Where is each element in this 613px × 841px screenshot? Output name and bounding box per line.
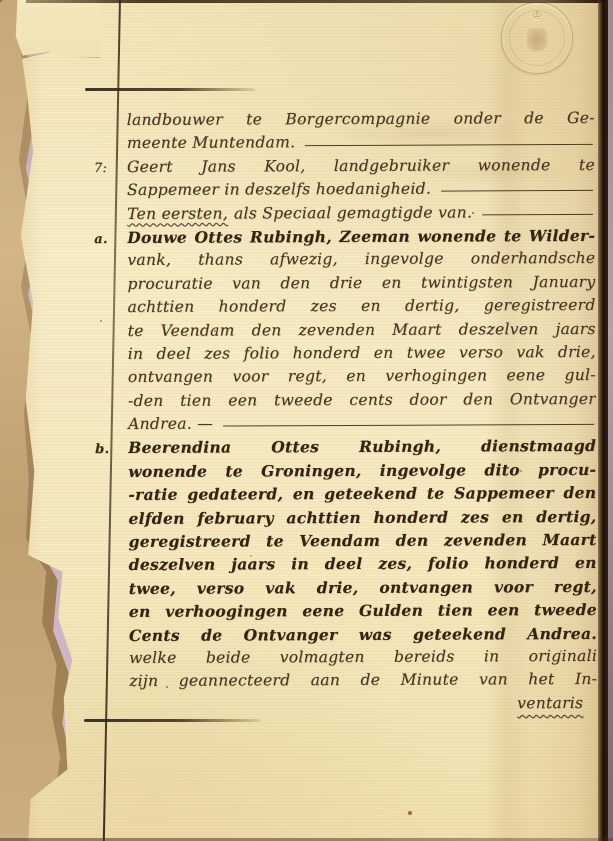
- line-text: elfden february achttien honderd zes en …: [128, 505, 596, 530]
- manuscript-line: en verhoogingen eene Gulden tien een twe…: [96, 598, 597, 624]
- line-text-rest: landbouwer te Borgercompagnie onder de G…: [127, 109, 595, 129]
- line-text-rest: geregistreerd te Veendam den zevenden Ma…: [129, 530, 597, 551]
- line-text: ventaris: [517, 692, 583, 716]
- manuscript-line: ontvangen voor regt, en verhogingen eene…: [95, 364, 596, 390]
- manuscript-line: 7: Geert Jans Kool, landgebruiker wonend…: [94, 154, 595, 180]
- line-text: procuratie van den drie en twintigsten J…: [127, 271, 595, 296]
- line-text: geregistreerd te Veendam den zevenden Ma…: [129, 528, 597, 553]
- embossed-seal-icon: ♔: [501, 2, 573, 74]
- manuscript-line: in deel zes folio honderd en twee verso …: [95, 341, 596, 367]
- line-text-rest: wonende te Groningen, ingevolge dito pro…: [128, 460, 596, 481]
- line-text: zijn geannecteerd aan de Minute van het …: [129, 668, 597, 693]
- trailing-rule: [223, 424, 594, 427]
- line-text: achttien honderd zes en dertig, geregist…: [127, 294, 595, 319]
- trailing-rule: [482, 214, 593, 215]
- margin-label: b.: [95, 438, 128, 462]
- trailing-rule: [305, 143, 593, 145]
- manuscript-line: ventaris: [96, 692, 597, 718]
- manuscript-line: wonende te Groningen, ingevolge dito pro…: [95, 458, 596, 484]
- manuscript-line: -den tien een tweede cents door den Ontv…: [95, 388, 596, 414]
- manuscript-line: procuratie van den drie en twintigsten J…: [94, 271, 595, 297]
- line-text: ontvangen voor regt, en verhogingen eene…: [128, 364, 596, 389]
- manuscript-line: vank, thans afwezig, ingevolge onderhand…: [94, 247, 595, 273]
- scanned-manuscript-photo: ♔ landbouwer te Borgercompagnie onder de…: [0, 0, 613, 841]
- line-text: Andrea. —: [128, 413, 213, 437]
- manuscript-line: landbouwer te Borgercompagnie onder de G…: [94, 107, 595, 133]
- underlined-phrase: Ten eersten,: [127, 204, 228, 222]
- seal-coat-of-arms-icon: [527, 29, 547, 52]
- line-text: Sappemeer in deszelfs hoedanigheid.: [127, 178, 431, 203]
- line-text: landbouwer te Borgercompagnie onder de G…: [127, 107, 595, 132]
- line-text-rest: Geert Jans Kool, landgebruiker wonende t…: [127, 156, 595, 176]
- line-text-rest: elfden february achttien honderd zes en …: [128, 507, 596, 528]
- manuscript-line: twee, verso vak drie, ontvangen voor reg…: [96, 575, 597, 601]
- line-text: Douwe Ottes Rubingh, Zeeman wonende te W…: [127, 224, 595, 249]
- manuscript-line: Sappemeer in deszelfs hoedanigheid.: [94, 177, 595, 203]
- manuscript-line: welke beide volmagten bereids in origina…: [96, 645, 597, 671]
- line-text-rest: ontvangen voor regt, en verhogingen eene…: [128, 366, 596, 386]
- line-text: in deel zes folio honderd en twee verso …: [128, 341, 596, 366]
- line-text-rest: meente Muntendam.: [127, 134, 296, 153]
- line-text-rest: ventaris: [517, 694, 583, 712]
- manuscript-line: achttien honderd zes en dertig, geregist…: [94, 294, 595, 320]
- line-text-rest: als Speciaal gemagtigde van.: [234, 203, 472, 222]
- manuscript-line: b. Beerendina Ottes Rubingh, dienstmaagd: [95, 434, 596, 460]
- photo-right-rim: [608, 0, 613, 841]
- line-text-rest: Beerendina Ottes Rubingh, dienstmaagd: [128, 436, 596, 457]
- line-text-rest: zijn geannecteerd aan de Minute van het …: [129, 670, 597, 690]
- line-text: twee, verso vak drie, ontvangen voor reg…: [129, 575, 597, 600]
- line-text: Geert Jans Kool, landgebruiker wonende t…: [127, 154, 595, 179]
- manuscript-line: deszelven jaars in deel zes, folio honde…: [96, 551, 597, 577]
- line-text: deszelven jaars in deel zes, folio honde…: [129, 551, 597, 576]
- line-text: en verhoogingen eene Gulden tien een twe…: [129, 598, 597, 623]
- line-text-rest: -ratie gedateerd, en geteekend te Sappem…: [128, 483, 596, 504]
- line-text-rest: Douwe Ottes Rubingh, Zeeman wonende te W…: [127, 226, 595, 247]
- line-text-rest: achttien honderd zes en dertig, geregist…: [128, 296, 596, 316]
- line-text-rest: -den tien een tweede cents door den Ontv…: [128, 390, 596, 410]
- manuscript-line: a. Douwe Ottes Rubingh, Zeeman wonende t…: [94, 224, 595, 250]
- line-text: Beerendina Ottes Rubingh, dienstmaagd: [128, 434, 596, 459]
- line-text-rest: te Veendam den zevenden Maart deszelven …: [128, 319, 596, 339]
- line-text-rest: vank, thans afwezig, ingevolge onderhand…: [127, 249, 595, 269]
- manuscript-line: zijn geannecteerd aan de Minute van het …: [96, 668, 597, 694]
- line-text: te Veendam den zevenden Maart deszelven …: [128, 317, 596, 342]
- manuscript-line: -ratie gedateerd, en geteekend te Sappem…: [95, 481, 596, 507]
- manuscript-line: Andrea. —: [95, 411, 596, 437]
- overlapping-corner-sheet: [14, 0, 100, 58]
- line-text-rest: twee, verso vak drie, ontvangen voor reg…: [129, 577, 597, 598]
- line-text: wonende te Groningen, ingevolge dito pro…: [128, 458, 596, 483]
- line-text-rest: Sappemeer in deszelfs hoedanigheid.: [127, 180, 431, 199]
- manuscript-line: Cents de Ontvanger was geteekend Andrea.: [96, 621, 597, 647]
- manuscript-line: te Veendam den zevenden Maart deszelven …: [95, 317, 596, 343]
- photo-top-edge: [26, 0, 613, 3]
- seal-crown-icon: ♔: [502, 10, 572, 21]
- line-text: -ratie gedateerd, en geteekend te Sappem…: [128, 481, 596, 506]
- header-rule-horizontal: [85, 88, 255, 91]
- manuscript-line: elfden february achttien honderd zes en …: [95, 505, 596, 531]
- manuscript-text-block: landbouwer te Borgercompagnie onder de G…: [94, 107, 598, 717]
- manuscript-line: geregistreerd te Veendam den zevenden Ma…: [96, 528, 597, 554]
- manuscript-line: Ten eersten,als Speciaal gemagtigde van.: [94, 200, 595, 226]
- line-text-rest: welke beide volmagten bereids in origina…: [129, 647, 597, 667]
- line-text-rest: en verhoogingen eene Gulden tien een twe…: [129, 600, 597, 621]
- line-text-rest: Andrea. —: [128, 415, 213, 433]
- line-text: meente Muntendam.: [127, 132, 296, 156]
- line-text-rest: procuratie van den drie en twintigsten J…: [127, 273, 595, 293]
- trailing-rule: [441, 190, 593, 192]
- footer-rule-horizontal: [84, 719, 260, 722]
- line-text: Ten eersten,als Speciaal gemagtigde van.: [127, 201, 472, 226]
- line-text: Cents de Ontvanger was geteekend Andrea.: [129, 621, 597, 646]
- line-text-rest: Cents de Ontvanger was geteekend Andrea.: [129, 623, 597, 644]
- margin-label: a.: [94, 228, 127, 252]
- margin-label: 7:: [94, 157, 127, 181]
- line-text-rest: in deel zes folio honderd en twee verso …: [128, 343, 596, 363]
- line-text: vank, thans afwezig, ingevolge onderhand…: [127, 247, 595, 272]
- line-text: welke beide volmagten bereids in origina…: [129, 645, 597, 670]
- manuscript-line: meente Muntendam.: [94, 130, 595, 156]
- line-text-rest: deszelven jaars in deel zes, folio honde…: [129, 553, 597, 574]
- paper-speckles: [0, 0, 2, 2]
- line-text: -den tien een tweede cents door den Ontv…: [128, 388, 596, 413]
